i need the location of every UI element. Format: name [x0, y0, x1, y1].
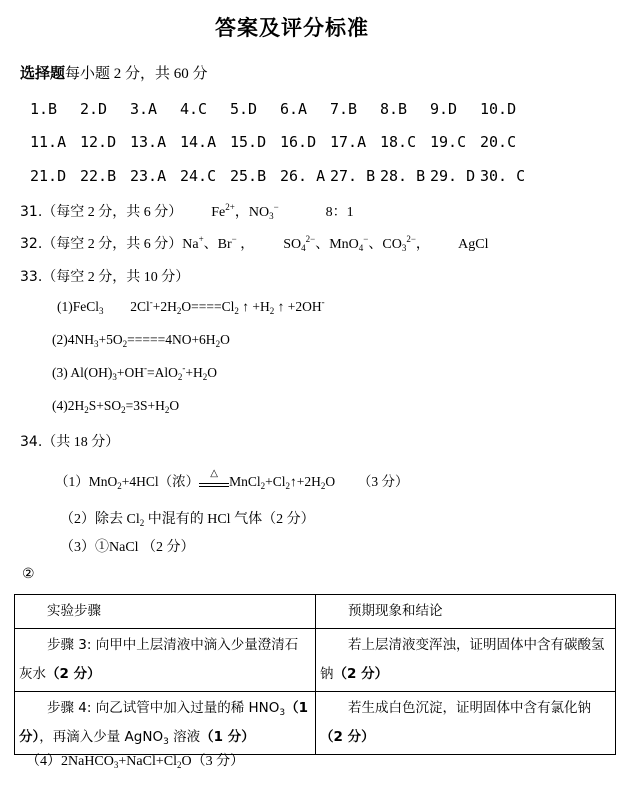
question-33: 33.（每空 2 分，共 10 分）: [20, 266, 189, 286]
question-score: （每空 2 分，共 6 分）: [42, 205, 182, 220]
q33-part-3: (3) Al(OH)3+OH-=AlO2-+H2O: [52, 365, 217, 381]
question-number: 33.: [20, 269, 42, 285]
answer-item: 11.A: [30, 133, 80, 151]
answer-item: 2.D: [80, 100, 130, 118]
answer-item: 14.A: [180, 133, 230, 151]
answer-item: 17.A: [330, 133, 380, 151]
answer-row-1: 1.B2.D3.A4.C5.D6.A7.B8.B9.D10.D: [30, 100, 530, 118]
answer-item: 20.C: [480, 133, 530, 151]
answer-item: 16.D: [280, 133, 330, 151]
answer-item: 29. D: [430, 167, 480, 185]
question-number: 34.: [20, 434, 42, 450]
table-cell-result: 若生成白色沉淀，证明固体中含有氯化钠（2 分）: [316, 692, 616, 755]
answer-ratio: 8：1: [326, 205, 354, 220]
answer-item: 18.C: [380, 133, 430, 151]
answer-ions-1: Na+、Br− ，: [182, 237, 254, 252]
question-34: 34.（共 18 分）: [20, 431, 119, 451]
question-number: 32.: [20, 236, 42, 252]
answer-item: 7.B: [330, 100, 380, 118]
table-header-cell: 预期现象和结论: [316, 595, 616, 629]
answer-item: 13.A: [130, 133, 180, 151]
table-cell-step: 步骤 4: 向乙试管中加入过量的稀 HNO3（1 分），再滴入少量 AgNO3 …: [15, 692, 316, 755]
q34-part-2: （2）除去 Cl2 中混有的 HCl 气体（2 分）: [60, 508, 315, 528]
answer-item: 21.D: [30, 167, 80, 185]
table-row: 步骤 3: 向甲中上层清液中滴入少量澄清石灰水（2 分） 若上层清液变浑浊，证明…: [15, 629, 616, 692]
question-number: 31.: [20, 204, 42, 220]
answer-fe: Fe2+: [211, 205, 235, 220]
part-score: （3 分）: [358, 474, 409, 489]
question-32: 32.（每空 2 分，共 6 分）Na+、Br− ， SO42−、MnO4−、C…: [20, 233, 488, 253]
answer-item: 30. C: [480, 167, 530, 185]
heat-condition-arrow: △: [199, 474, 229, 488]
table-header-row: 实验步骤 预期现象和结论: [15, 595, 616, 629]
answer-ions-2: SO42−、MnO4−、CO32−，: [283, 237, 430, 252]
answer-item: 26. A: [280, 167, 330, 185]
section-label: 选择题: [20, 64, 65, 82]
table-cell-step: 步骤 3: 向甲中上层清液中滴入少量澄清石灰水（2 分）: [15, 629, 316, 692]
answer-no3: NO3−: [249, 205, 279, 220]
answer-item: 27. B: [330, 167, 380, 185]
delta-icon: △: [199, 468, 229, 479]
answer-item: 24.C: [180, 167, 230, 185]
answer-item: 12.D: [80, 133, 130, 151]
answer-item: 4.C: [180, 100, 230, 118]
q33-part-4: (4)2H2S+SO2=3S+H2O: [52, 398, 179, 414]
page-title: 答案及评分标准: [0, 12, 584, 42]
q34-part-3-sub-2: ②: [22, 566, 35, 583]
answer-item: 8.B: [380, 100, 430, 118]
table-header-cell: 实验步骤: [15, 595, 316, 629]
answer-item: 10.D: [480, 100, 530, 118]
answer-item: 19.C: [430, 133, 480, 151]
q34-part-4: （4）2NaHCO3+NaCl+Cl2O（3 分）: [26, 750, 244, 770]
question-score: （共 18 分）: [42, 435, 119, 450]
answer-precipitate: AgCl: [458, 237, 488, 252]
answer-item: 15.D: [230, 133, 280, 151]
answer-item: 23.A: [130, 167, 180, 185]
answer-item: 6.A: [280, 100, 330, 118]
q33-part-1: (1)FeCl3 2Cl-+2H2O====Cl2 ↑ +H2 ↑ +2OH-: [57, 299, 325, 315]
section-score: 每小题 2 分，共 60 分: [65, 66, 208, 82]
answer-item: 9.D: [430, 100, 480, 118]
q34-part-1: （1）MnO2+4HCl（浓）△MnCl2+Cl2↑+2H2O （3 分）: [55, 470, 409, 490]
q33-part-2: (2)4NH3+5O2=====4NO+6H2O: [52, 332, 230, 348]
question-score: （每空 2 分，共 10 分）: [42, 270, 189, 285]
table-row: 步骤 4: 向乙试管中加入过量的稀 HNO3（1 分），再滴入少量 AgNO3 …: [15, 692, 616, 755]
table-cell-result: 若上层清液变浑浊，证明固体中含有碳酸氢钠（2 分）: [316, 629, 616, 692]
q34-part-3: （3）①NaCl （2 分）: [60, 536, 195, 556]
answer-item: 5.D: [230, 100, 280, 118]
answer-item: 3.A: [130, 100, 180, 118]
answer-item: 1.B: [30, 100, 80, 118]
answer-row-2: 11.A12.D13.A14.A15.D16.D17.A18.C19.C20.C: [30, 133, 530, 151]
part-score: （3 分）: [192, 754, 245, 769]
answer-item: 22.B: [80, 167, 130, 185]
answer-row-3: 21.D22.B23.A24.C25.B26. A27. B28. B29. D…: [30, 167, 530, 185]
question-score: （每空 2 分，共 6 分）: [42, 237, 182, 252]
experiment-table: 实验步骤 预期现象和结论 步骤 3: 向甲中上层清液中滴入少量澄清石灰水（2 分…: [14, 594, 616, 755]
multiple-choice-heading: 选择题每小题 2 分，共 60 分: [20, 62, 208, 83]
answer-item: 28. B: [380, 167, 430, 185]
question-31: 31.（每空 2 分，共 6 分） Fe2+，NO3− 8：1: [20, 201, 354, 221]
answer-item: 25.B: [230, 167, 280, 185]
